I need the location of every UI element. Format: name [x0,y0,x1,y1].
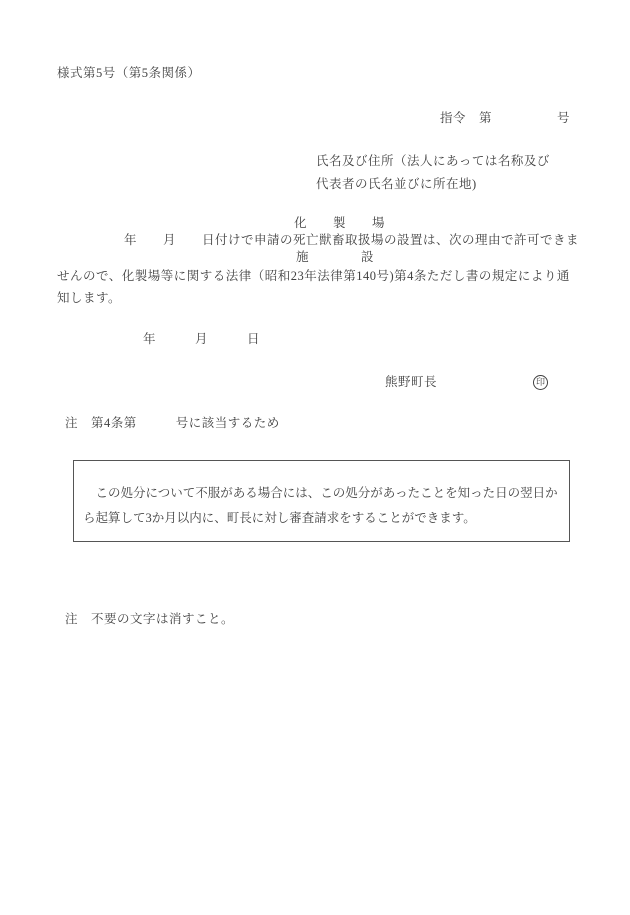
note-erase-line: 注 不要の文字は消すこと。 [65,612,234,627]
addressee-line-1: 氏名及び住所（法人にあっては名称及び [316,154,550,169]
facility-option-shisetsu: 施 設 [296,250,374,265]
document-page: 様式第5号（第5条関係） 指令 第 号 氏名及び住所（法人にあっては名称及び 代… [0,0,630,915]
addressee-line-2: 代表者の氏名並びに所在地) [316,177,477,192]
form-number-label: 様式第5号（第5条関係） [57,66,201,81]
appeal-notice-text: この処分について不服がある場合には、この処分があったことを知った日の翌日から起算… [74,461,569,530]
appeal-notice-box: この処分について不服がある場合には、この処分があったことを知った日の翌日から起算… [73,460,570,542]
body-line-1: 年 月 日付けで申請の死亡獣畜取扱場の設置は、次の理由で許可できま [124,233,579,248]
seal-area: 印 [533,374,548,390]
body-continuation: せんので、化製場等に関する法律（昭和23年法律第140号)第4条ただし書の規定に… [57,266,580,309]
mayor-signature: 熊野町長 [385,375,437,390]
directive-number-line: 指令 第 号 [440,111,570,126]
seal-icon: 印 [533,375,548,390]
note-reason-line: 注 第4条第 号に該当するため [65,416,280,431]
facility-option-kaseijo: 化 製 場 [294,216,385,231]
date-line: 年 月 日 [143,332,260,347]
